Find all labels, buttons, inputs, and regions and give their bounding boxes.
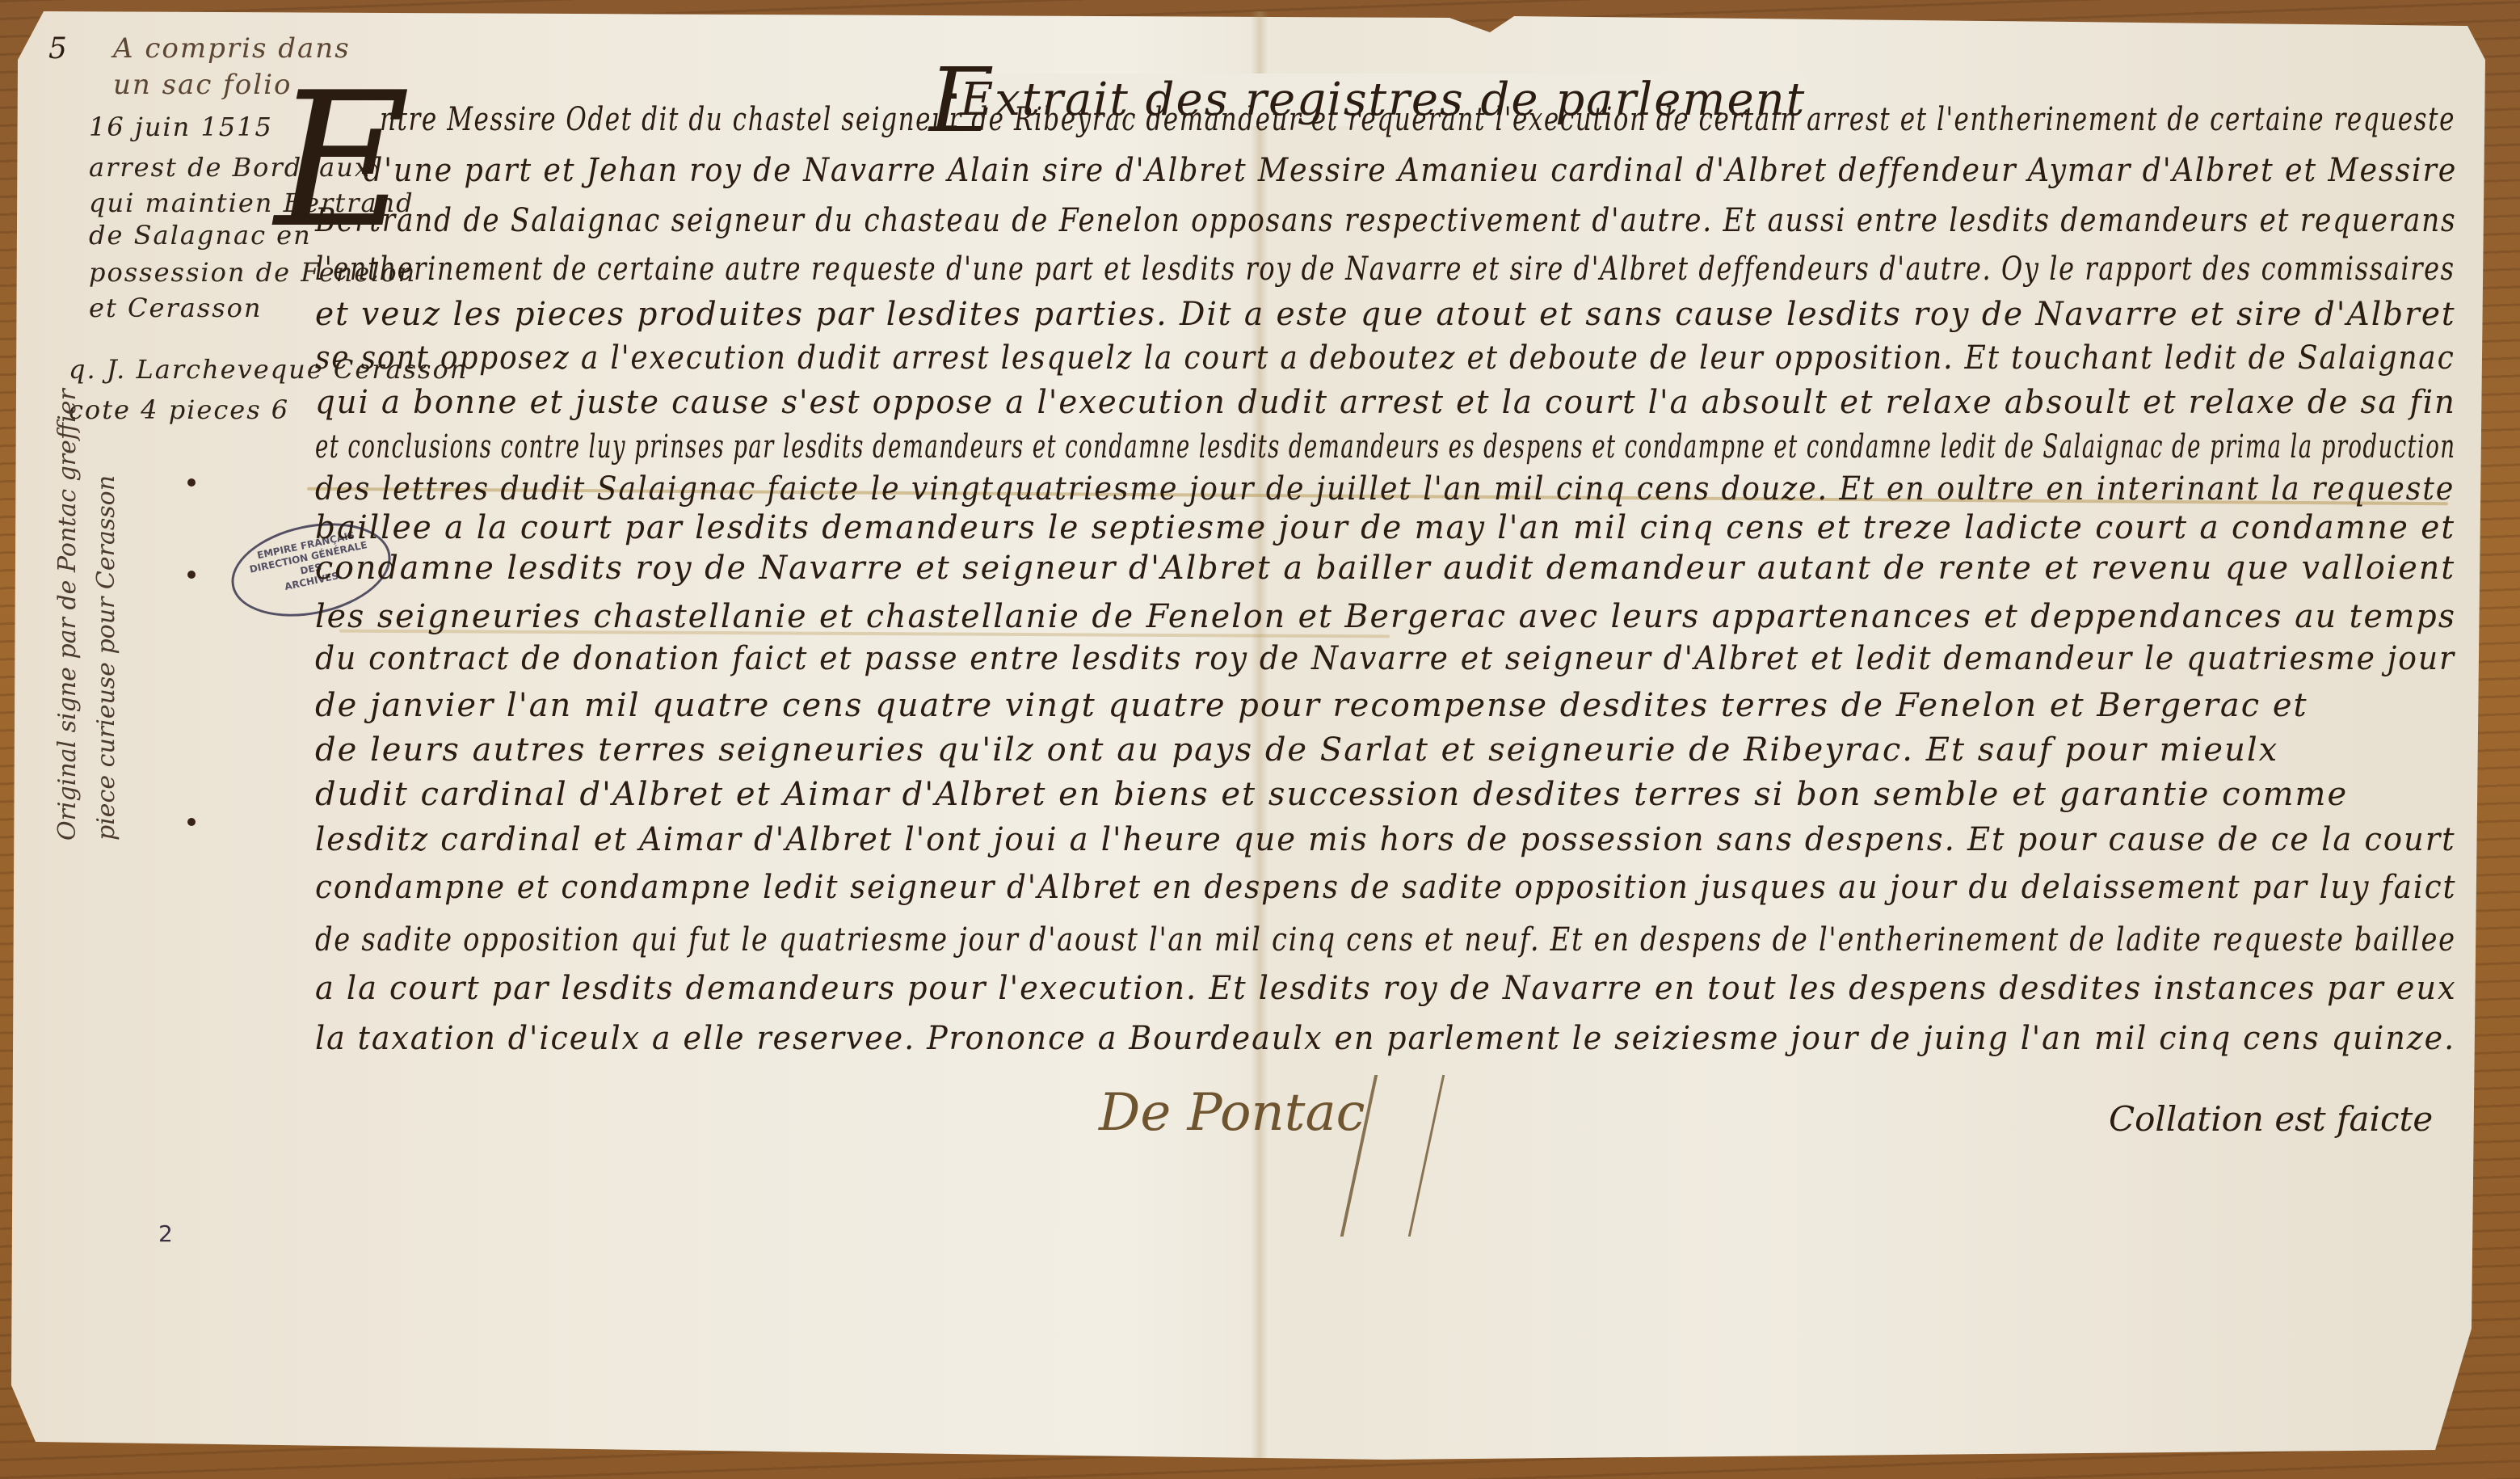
margin-summary-5: et Cerasson [89,293,262,323]
body-line: et veuz les pieces produites par lesdite… [315,296,2456,333]
body-line: a la court par lesdits demandeurs pour l… [315,970,2457,1007]
body-line: la taxation d'iceulx a elle reservee. Pr… [315,1020,2455,1057]
body-line: et conclusions contre luy prinses par le… [315,428,2455,466]
body-line: ntre Messire Odet dit du chastel seigneu… [380,101,2455,138]
body-line: dudit cardinal d'Albret et Aimar d'Albre… [315,776,2348,813]
ink-dot [187,818,196,826]
vertical-margin-note: Original signe par de Pontac greffier pi… [48,389,126,841]
body-line: de leurs autres terres seigneuries qu'il… [315,731,2278,769]
margin-number: 5 [48,32,69,65]
body-line: condampne et condampne ledit seigneur d'… [315,869,2456,906]
collation-note: Collation est faicte [2109,1099,2433,1139]
margin-faded-note-2: un sac folio [113,69,292,101]
body-line: les seigneuries chastellanie et chastell… [315,598,2456,635]
body-line: d'une part et Jehan roy de Navarre Alain… [364,152,2457,189]
body-line: l'entherinement de certaine autre reques… [315,251,2455,288]
body-line: de sadite opposition qui fut le quatries… [315,921,2456,959]
body-line: lesditz cardinal et Aimar d'Albret l'ont… [315,821,2455,858]
body-line: du contract de donation faict et passe e… [315,640,2455,677]
margin-date: 16 juin 1515 [89,112,273,142]
vertical-note-line: Original signe par de Pontac greffier [48,389,87,841]
clerk-signature: De Pontac [1099,1083,1365,1143]
body-line: de janvier l'an mil quatre cens quatre v… [315,687,2308,724]
body-line: se sont opposez a l'execution dudit arre… [315,339,2455,377]
body-line: qui a bonne et juste cause s'est oppose … [315,384,2456,421]
ink-dot [187,571,196,579]
ink-dot [187,478,196,487]
body-line: des lettres dudit Salaignac faicte le vi… [315,470,2455,508]
body-line: baillee a la court par lesdits demandeur… [315,509,2455,546]
body-line: condamne lesdits roy de Navarre et seign… [315,550,2455,587]
vertical-note-line: piece curieuse pour Cerasson [87,389,126,841]
body-line: Bertrand de Salaignac seigneur du chaste… [315,202,2456,239]
page-number: 2 [158,1220,173,1247]
